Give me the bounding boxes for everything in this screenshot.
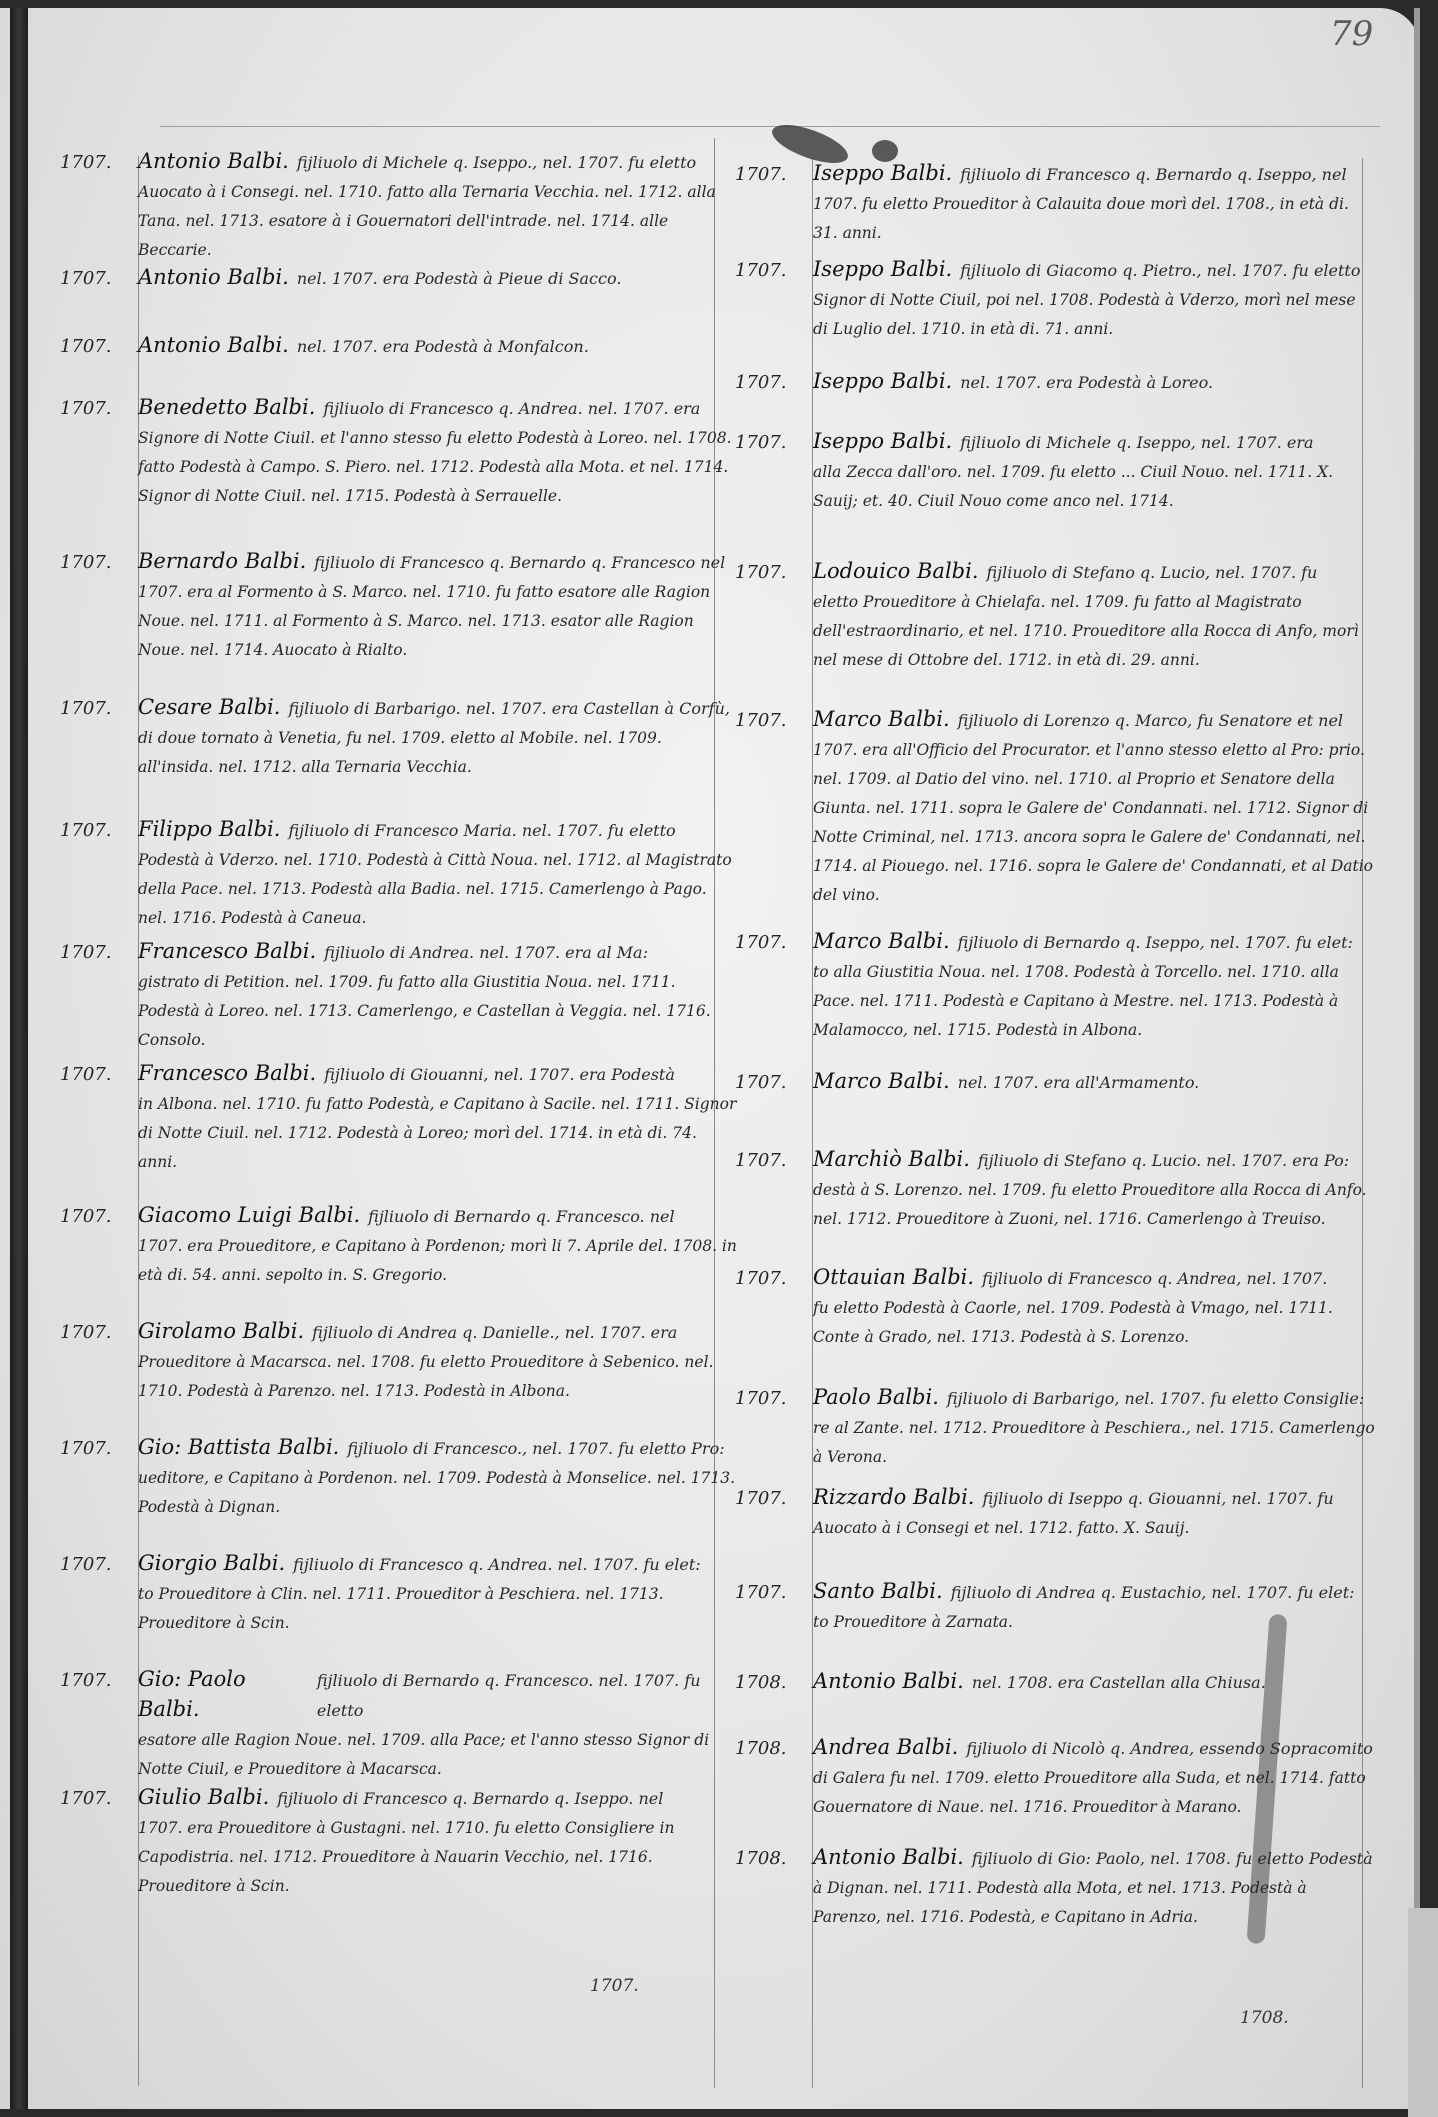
catchword-right: 1708. [1240,2008,1289,2028]
entry: 1707.Girolamo Balbi.fijliuolo di Andrea … [60,1316,740,1432]
entry-body: di doue tornato à Venetia, fu nel. 1709.… [138,724,740,782]
entry: 1707.Marco Balbi.fijliuolo di Lorenzo q.… [735,704,1375,926]
entry: 1707.Ottauian Balbi.fijliuolo di Frances… [735,1262,1375,1382]
entry-body: re al Zante. nel. 1712. Proueditore à Pe… [813,1414,1375,1472]
entry-name: Marco Balbi. [813,704,950,734]
entry-lead: fijliuolo di Gio: Paolo, nel. 1708. fu e… [972,1844,1373,1874]
entry-name: Iseppo Balbi. [813,158,952,188]
entry-name: Marchiò Balbi. [813,1144,970,1174]
entry-lead: fijliuolo di Francesco., nel. 1707. fu e… [347,1434,724,1464]
entry-body: alla Zecca dall'oro. nel. 1709. fu elett… [813,458,1375,516]
entry-name: Bernardo Balbi. [138,546,306,576]
entry-body: Signore di Notte Ciuil. et l'anno stesso… [138,424,740,511]
entry-lead: fijliuolo di Iseppo q. Giouanni, nel. 17… [982,1484,1333,1514]
entry-lead: fijliuolo di Stefano q. Lucio, nel. 1707… [987,558,1318,588]
entry-year: 1707. [735,928,813,958]
entry-lead: fijliuolo di Nicolò q. Andrea, essendo S… [966,1734,1373,1764]
entry-name: Antonio Balbi. [813,1842,964,1872]
entry-year: 1707. [60,1666,138,1696]
entry-body: in Albona. nel. 1710. fu fatto Podestà, … [138,1090,740,1177]
entry-body: destà à S. Lorenzo. nel. 1709. fu eletto… [813,1176,1375,1234]
entry-body: 1707. era Proueditore, e Capitano à Pord… [138,1232,740,1290]
entry-year: 1707. [735,256,813,286]
entry-name: Antonio Balbi. [138,330,289,360]
page-edge [1414,8,1420,2109]
entry-lead: fijliuolo di Giacomo q. Pietro., nel. 17… [960,256,1360,286]
right-column: 1707.Iseppo Balbi.fijliuolo di Francesco… [735,158,1375,1952]
entry: 1707.Marco Balbi.fijliuolo di Bernardo q… [735,926,1375,1066]
entry-lead: fijliuolo di Michele q. Iseppo, nel. 170… [960,428,1313,458]
entry-year: 1707. [735,1146,813,1176]
entry: 1708.Antonio Balbi.nel. 1708. era Castel… [735,1666,1375,1732]
entry-name: Antonio Balbi. [813,1666,964,1696]
entry: 1707.Lodouico Balbi.fijliuolo di Stefano… [735,556,1375,704]
binding-edge [10,8,28,2109]
entry-name: Cesare Balbi. [138,692,280,722]
entry-body: 1707. fu eletto Proueditor à Calauita do… [813,190,1375,248]
entry-body: Auocato à i Consegi et nel. 1712. fatto.… [813,1514,1375,1543]
entry-name: Iseppo Balbi. [813,254,952,284]
entry-year: 1707. [60,816,138,846]
entry-lead: fijliuolo di Andrea q. Eustachio, nel. 1… [951,1578,1355,1608]
entry-body: di Galera fu nel. 1709. eletto Prouedito… [813,1764,1375,1822]
entry-name: Girolamo Balbi. [138,1316,304,1346]
header-rule [160,126,1380,127]
entry: 1707.Iseppo Balbi.fijliuolo di Michele q… [735,426,1375,556]
entry-year: 1707. [60,264,138,294]
entry: 1707.Bernardo Balbi.fijliuolo di Frances… [60,546,740,692]
entry: 1707.Iseppo Balbi.fijliuolo di Giacomo q… [735,254,1375,366]
entry-body: 1707. era Proueditore à Gustagni. nel. 1… [138,1814,740,1901]
entry-name: Francesco Balbi. [138,1058,316,1088]
entry-lead: fijliuolo di Stefano q. Lucio. nel. 1707… [978,1146,1349,1176]
entry-lead: fijliuolo di Francesco q. Bernardo q. Fr… [314,548,725,578]
entry-lead: fijliuolo di Michele q. Iseppo., nel. 17… [297,148,696,178]
entry-year: 1707. [735,1068,813,1098]
entry-name: Lodouico Balbi. [813,556,979,586]
entry-name: Gio: Battista Balbi. [138,1432,339,1462]
entry-name: Marco Balbi. [813,1066,950,1096]
entry-year: 1707. [735,706,813,736]
entry-name: Marco Balbi. [813,926,950,956]
entry-name: Gio: Paolo Balbi. [138,1664,309,1724]
entry-year: 1708. [735,1668,813,1698]
entry-year: 1707. [735,558,813,588]
entry-name: Rizzardo Balbi. [813,1482,974,1512]
entry-name: Francesco Balbi. [138,936,316,966]
entry-name: Giulio Balbi. [138,1782,269,1812]
entry-year: 1707. [735,1264,813,1294]
entry-lead: fijliuolo di Giouanni, nel. 1707. era Po… [324,1060,675,1090]
entry-year: 1707. [60,938,138,968]
entry: 1708.Andrea Balbi.fijliuolo di Nicolò q.… [735,1732,1375,1842]
entry-year: 1707. [60,1202,138,1232]
left-column: 1707.Antonio Balbi.fijliuolo di Michele … [60,146,740,1922]
page-number: 79 [1330,14,1373,54]
entry-year: 1707. [735,160,813,190]
entry-body: Podestà à Vderzo. nel. 1710. Podestà à C… [138,846,740,933]
entry-year: 1707. [60,1784,138,1814]
entry-body: fu eletto Podestà à Caorle, nel. 1709. P… [813,1294,1375,1352]
entry-lead: fijliuolo di Francesco Maria. nel. 1707.… [288,816,675,846]
entry-body: 1707. era all'Officio del Procurator. et… [813,736,1375,910]
entry: 1707.Gio: Battista Balbi.fijliuolo di Fr… [60,1432,740,1548]
entry-lead: fijliuolo di Francesco q. Andrea, nel. 1… [982,1264,1327,1294]
entry: 1707.Antonio Balbi.nel. 1707. era Podest… [60,262,740,330]
entry: 1707.Filippo Balbi.fijliuolo di Francesc… [60,814,740,936]
entry-body: à Dignan. nel. 1711. Podestà alla Mota, … [813,1874,1375,1932]
entry-year: 1708. [735,1844,813,1874]
entry-lead: fijliuolo di Bernardo q. Francesco. nel [368,1202,674,1232]
entry-year: 1707. [60,1550,138,1580]
entry-body: ueditore, e Capitano à Pordenon. nel. 17… [138,1464,740,1522]
entry: 1707.Gio: Paolo Balbi.fijliuolo di Berna… [60,1664,740,1782]
entry-name: Filippo Balbi. [138,814,280,844]
entry: 1707.Iseppo Balbi.fijliuolo di Francesco… [735,158,1375,254]
entry-lead: fijliuolo di Bernardo q. Francesco. nel.… [317,1666,740,1726]
entry-name: Benedetto Balbi. [138,392,315,422]
entry: 1707.Marco Balbi.nel. 1707. era all'Arma… [735,1066,1375,1144]
entry-body: to Proueditore à Clin. nel. 1711. Proued… [138,1580,740,1638]
entry: 1707.Giorgio Balbi.fijliuolo di Francesc… [60,1548,740,1664]
entry-year: 1707. [60,1060,138,1090]
entry-lead: fijliuolo di Barbarigo, nel. 1707. fu el… [947,1384,1364,1414]
entry-name: Ottauian Balbi. [813,1262,974,1292]
entry-body: Auocato à i Consegi. nel. 1710. fatto al… [138,178,740,265]
entry-lead: fijliuolo di Francesco q. Andrea. nel. 1… [293,1550,700,1580]
entry-year: 1707. [60,148,138,178]
entry: 1707.Santo Balbi.fijliuolo di Andrea q. … [735,1576,1375,1666]
entry-year: 1707. [735,428,813,458]
entry-year: 1707. [60,394,138,424]
entry-body: to Proueditore à Zarnata. [813,1608,1375,1637]
entry-body: eletto Proueditore à Chielafa. nel. 1709… [813,588,1375,675]
entry: 1708.Antonio Balbi.fijliuolo di Gio: Pao… [735,1842,1375,1952]
entry-lead: nel. 1707. era all'Armamento. [958,1068,1200,1098]
entry-body: to alla Giustitia Noua. nel. 1708. Podes… [813,958,1375,1045]
entry-lead: fijliuolo di Francesco q. Andrea. nel. 1… [323,394,700,424]
entry-year: 1707. [735,1384,813,1414]
entry: 1707.Antonio Balbi.nel. 1707. era Podest… [60,330,740,392]
entry-name: Iseppo Balbi. [813,426,952,456]
entry-name: Andrea Balbi. [813,1732,958,1762]
entry-lead: nel. 1707. era Podestà à Pieue di Sacco. [297,264,622,294]
manuscript-page: 79 1707.Antonio Balbi.fijliuolo di Miche… [0,8,1420,2109]
entry: 1707.Benedetto Balbi.fijliuolo di France… [60,392,740,532]
entry-body: Signor di Notte Ciuil, poi nel. 1708. Po… [813,286,1375,344]
entry-year: 1707. [60,548,138,578]
entry-name: Antonio Balbi. [138,262,289,292]
entry-name: Iseppo Balbi. [813,366,952,396]
entry-name: Santo Balbi. [813,1576,943,1606]
entry: 1707.Francesco Balbi.fijliuolo di Giouan… [60,1058,740,1200]
entry-body: Proueditore à Macarsca. nel. 1708. fu el… [138,1348,740,1406]
entry-lead: fijliuolo di Francesco q. Bernardo q. Is… [277,1784,663,1814]
entry-year: 1707. [735,1578,813,1608]
entry-lead: fijliuolo di Barbarigo. nel. 1707. era C… [288,694,730,724]
entry: 1707.Paolo Balbi.fijliuolo di Barbarigo,… [735,1382,1375,1482]
entry-name: Antonio Balbi. [138,146,289,176]
entry-year: 1707. [735,368,813,398]
entry-lead: fijliuolo di Lorenzo q. Marco, fu Senato… [958,706,1343,736]
entry-lead: nel. 1707. era Podestà à Monfalcon. [297,332,589,362]
entry: 1707.Giacomo Luigi Balbi.fijliuolo di Be… [60,1200,740,1316]
entry: 1707.Antonio Balbi.fijliuolo di Michele … [60,146,740,256]
entry-year: 1707. [60,694,138,724]
entry-name: Paolo Balbi. [813,1382,939,1412]
entry: 1707.Francesco Balbi.fijliuolo di Andrea… [60,936,740,1058]
entry: 1707.Marchiò Balbi.fijliuolo di Stefano … [735,1144,1375,1262]
entry-lead: fijliuolo di Francesco q. Bernardo q. Is… [960,160,1346,190]
entry-year: 1708. [735,1734,813,1764]
entry-lead: nel. 1708. era Castellan alla Chiusa. [972,1668,1266,1698]
entry: 1707.Giulio Balbi.fijliuolo di Francesco… [60,1782,740,1922]
entry-year: 1707. [60,332,138,362]
entry: 1707.Rizzardo Balbi.fijliuolo di Iseppo … [735,1482,1375,1576]
entry-body: esatore alle Ragion Noue. nel. 1709. all… [138,1726,740,1784]
entry-lead: nel. 1707. era Podestà à Loreo. [960,368,1213,398]
entry-year: 1707. [60,1318,138,1348]
entry-lead: fijliuolo di Andrea q. Danielle., nel. 1… [312,1318,677,1348]
catchword-left: 1707. [590,1976,639,1996]
entry-lead: fijliuolo di Bernardo q. Iseppo, nel. 17… [958,928,1353,958]
entry-name: Giorgio Balbi. [138,1548,285,1578]
paper-flap [1408,1908,1438,2109]
entry: 1707.Iseppo Balbi.nel. 1707. era Podestà… [735,366,1375,426]
entry-name: Giacomo Luigi Balbi. [138,1200,360,1230]
entry-body: gistrato di Petition. nel. 1709. fu fatt… [138,968,740,1055]
entry: 1707.Cesare Balbi.fijliuolo di Barbarigo… [60,692,740,814]
entry-lead: fijliuolo di Andrea. nel. 1707. era al M… [324,938,648,968]
entry-year: 1707. [60,1434,138,1464]
entry-year: 1707. [735,1484,813,1514]
entry-body: 1707. era al Formento à S. Marco. nel. 1… [138,578,740,665]
